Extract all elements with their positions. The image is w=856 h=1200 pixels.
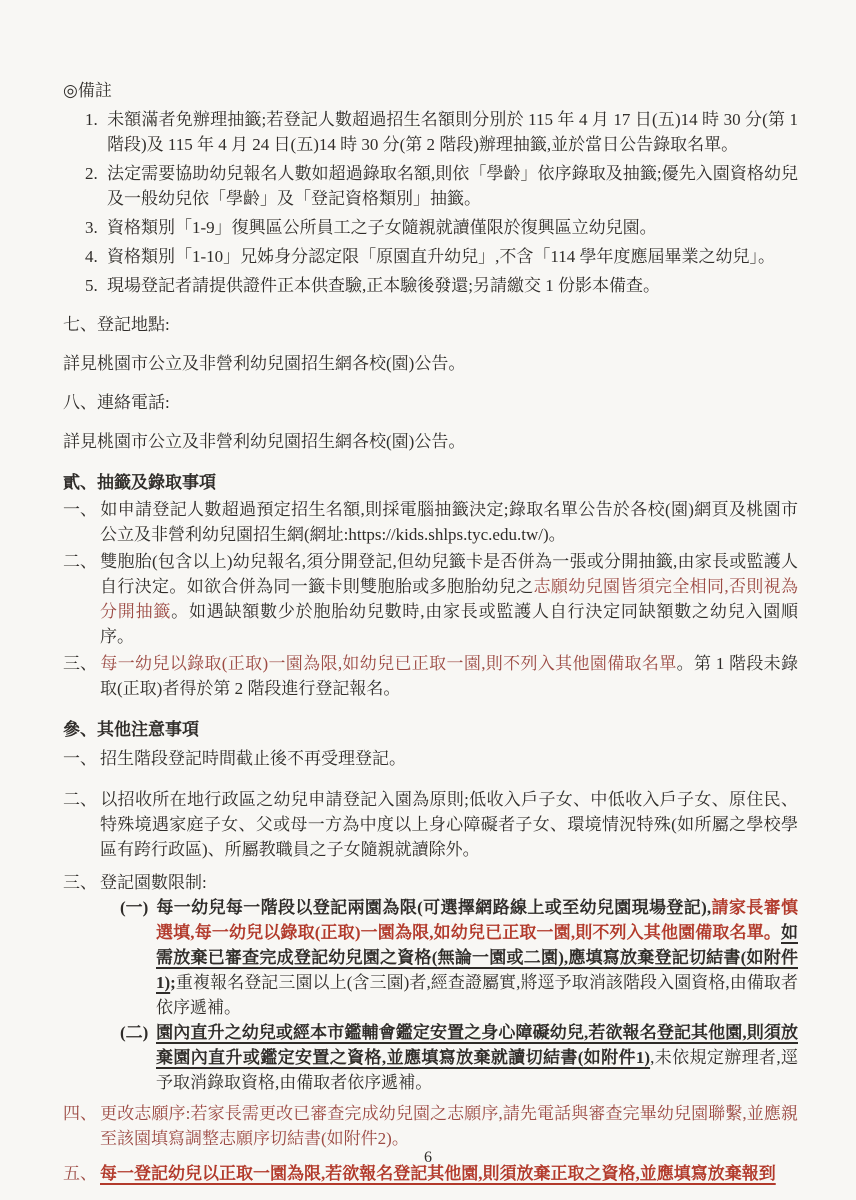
- registration-location-heading: 七、登記地點:: [63, 312, 798, 337]
- lottery-item: 三、每一幼兒以錄取(正取)一園為限,如幼兒已正取一園,則不列入其他園備取名單。第…: [63, 651, 798, 701]
- other-item: 一、招生階段登記時間截止後不再受理登記。: [63, 746, 798, 771]
- lottery-item: 一、如申請登記人數超過預定招生名額,則採電腦抽籤決定;錄取名單公告於各校(園)網…: [63, 497, 798, 547]
- section-lottery-heading: 貳、抽籤及錄取事項: [63, 470, 798, 495]
- other-item: 二、以招收所在地行政區之幼兒申請登記入園為原則;低收入戶子女、中低收入戶子女、原…: [63, 787, 798, 862]
- other-item: 四、更改志願序:若家長需更改已審查完成幼兒園之志願序,請先電話與審查完畢幼兒園聯…: [63, 1101, 798, 1151]
- note-item: 4.資格類別「1-10」兄姊身分認定限「原園直升幼兒」,不含「114 學年度應屆…: [63, 244, 798, 269]
- registration-location-body: 詳見桃園市公立及非營利幼兒園招生網各校(園)公告。: [63, 351, 798, 376]
- contact-telephone-body: 詳見桃園市公立及非營利幼兒園招生網各校(園)公告。: [63, 429, 798, 454]
- section-other-heading: 參、其他注意事項: [63, 717, 798, 742]
- document-page: ◎備註 1.未額滿者免辦理抽籤;若登記人數超過招生名額則分別於 115 年 4 …: [0, 0, 856, 1200]
- notes-heading: ◎備註: [63, 78, 798, 103]
- note-item: 2.法定需要協助幼兒報名人數如超過錄取名額,則依「學齡」依序錄取及抽籤;優先入園…: [63, 161, 798, 211]
- document-content: ◎備註 1.未額滿者免辦理抽籤;若登記人數超過招生名額則分別於 115 年 4 …: [0, 0, 856, 1186]
- page-number: 6: [0, 1149, 856, 1167]
- contact-telephone-heading: 八、連絡電話:: [63, 390, 798, 415]
- lottery-item: 二、雙胞胎(包含以上)幼兒報名,須分開登記,但幼兒籤卡是否併為一張或分開抽籤,由…: [63, 549, 798, 649]
- other-item: 三、登記園數限制:: [63, 870, 798, 895]
- other-sub-item: (一)每一幼兒每一階段以登記兩園為限(可選擇網路線上或至幼兒園現場登記),請家長…: [63, 895, 798, 1020]
- note-item: 5.現場登記者請提供證件正本供查驗,正本驗後發還;另請繳交 1 份影本備查。: [63, 273, 798, 298]
- note-item: 3.資格類別「1-9」復興區公所員工之子女隨親就讀僅限於復興區立幼兒園。: [63, 215, 798, 240]
- other-sub-item: (二)園內直升之幼兒或經本市鑑輔會鑑定安置之身心障礙幼兒,若欲報名登記其他園,則…: [63, 1020, 798, 1095]
- note-item: 1.未額滿者免辦理抽籤;若登記人數超過招生名額則分別於 115 年 4 月 17…: [63, 107, 798, 157]
